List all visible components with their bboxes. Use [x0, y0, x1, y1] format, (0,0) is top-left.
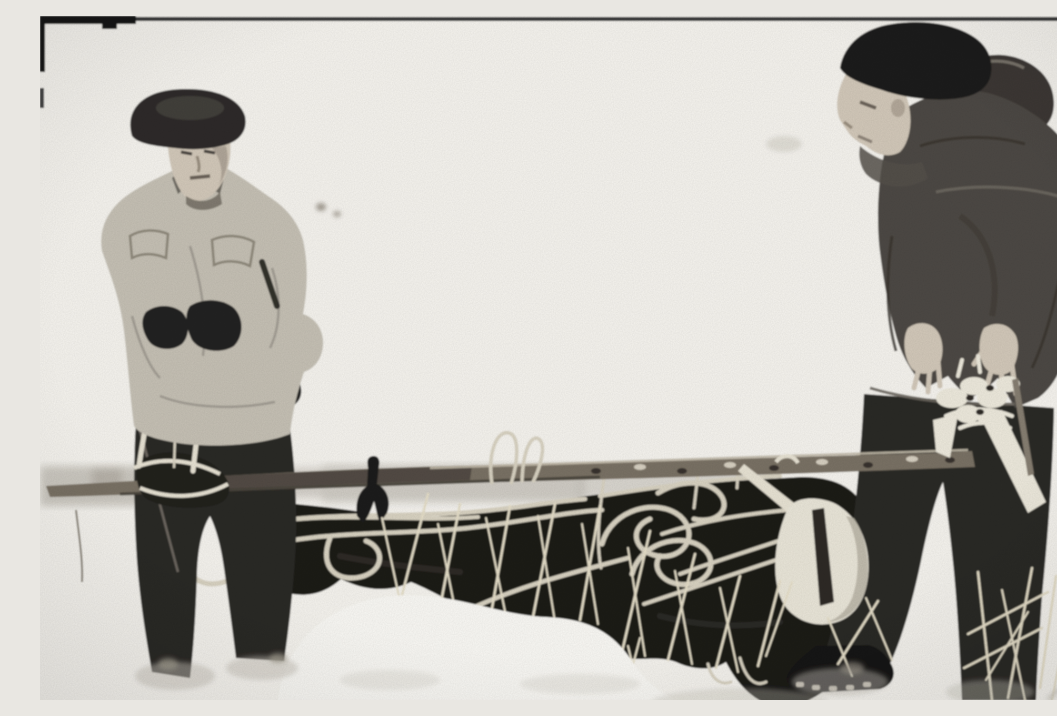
photo-scene — [40, 16, 1057, 700]
photograph — [40, 16, 1057, 700]
vignette-overlay — [40, 16, 1057, 700]
